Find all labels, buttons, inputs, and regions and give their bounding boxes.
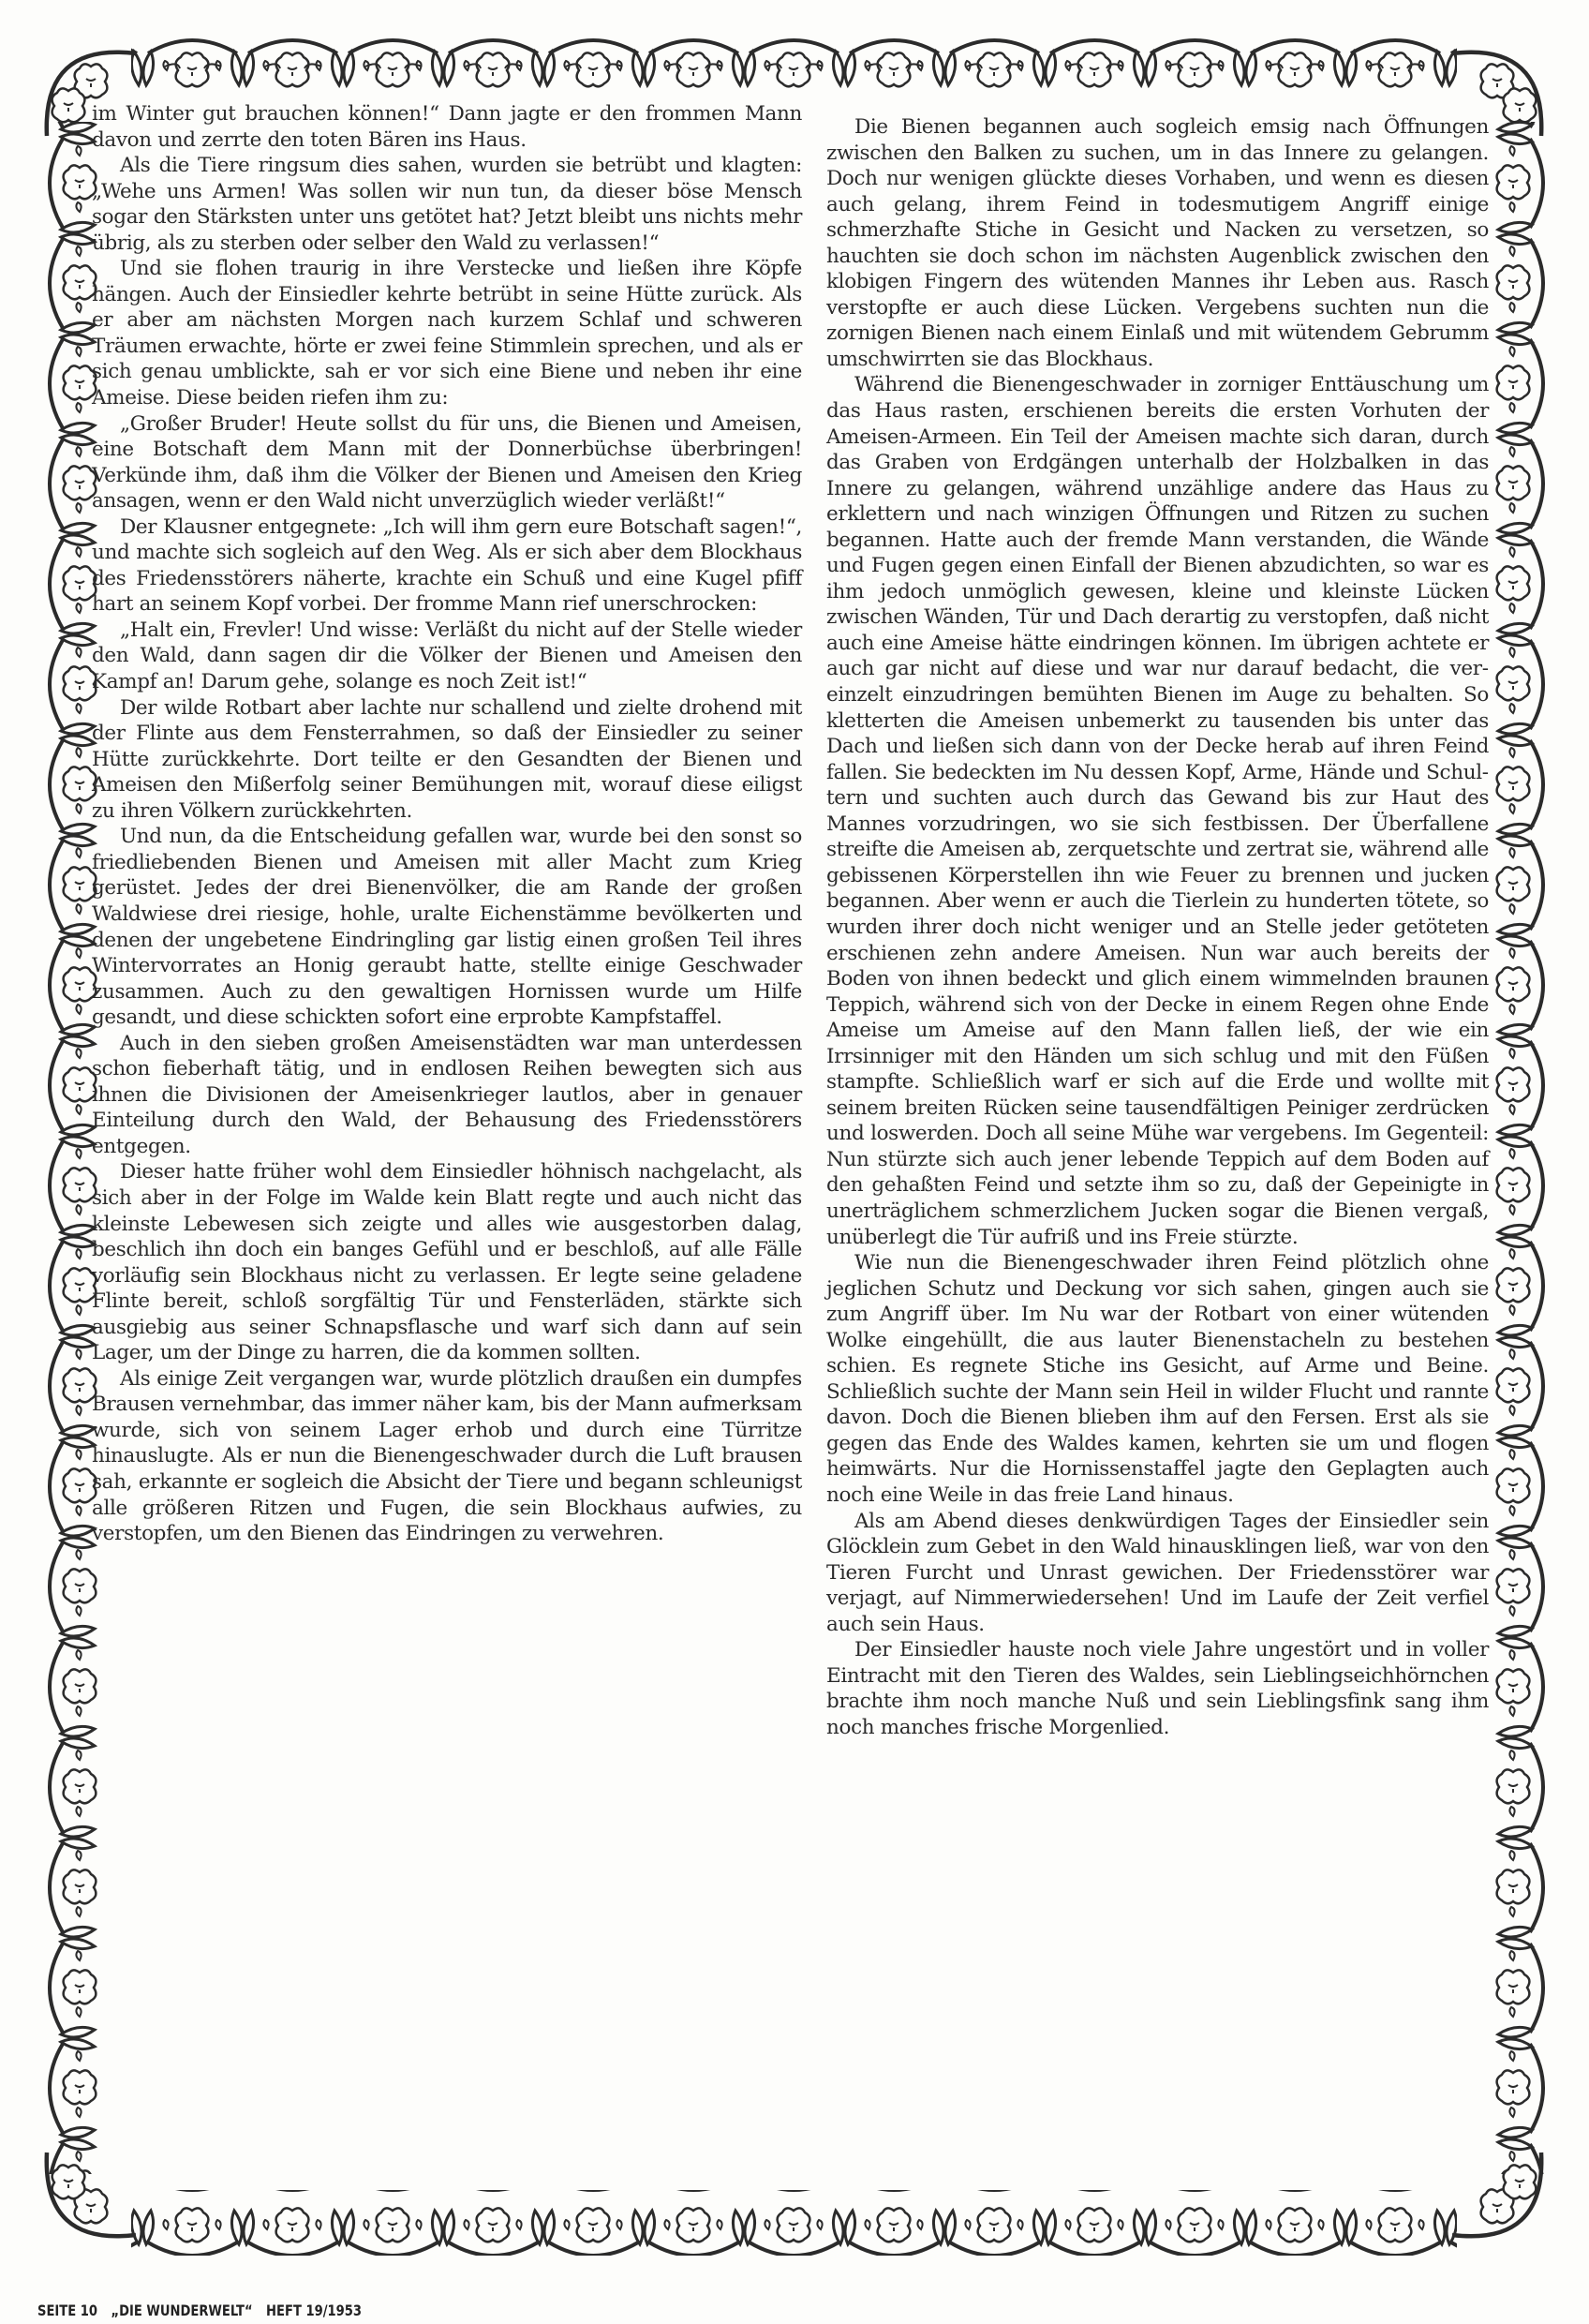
paragraph: Auch in den sieben großen Ameisenstädten… — [92, 1031, 802, 1160]
paragraph: Der Klausner entgegnete: „Ich will ihm g… — [92, 514, 802, 618]
paragraph: Der wilde Rotbart aber lachte nur schall… — [92, 695, 802, 825]
issue-label: HEFT 19/1953 — [266, 2302, 362, 2319]
paragraph: Als einige Zeit vergangen war, wurde plö… — [92, 1366, 802, 1547]
magazine-title: „DIE WUNDERWELT“ — [111, 2302, 252, 2319]
paragraph: Dieser hatte früher wohl dem Einsiedler … — [92, 1159, 802, 1365]
paragraph: Die Bienen begannen auch sogleich emsig … — [826, 114, 1489, 372]
paragraph: Und sie flohen traurig in ihre Verstecke… — [92, 256, 802, 410]
paragraph: Und nun, da die Entscheidung gefallen wa… — [92, 824, 802, 1030]
paragraph: im Winter gut brauchen können!“ Dann jag… — [92, 101, 802, 153]
paragraph: Als am Abend dieses denkwürdigen Tages d… — [826, 1509, 1489, 1638]
text-column-left: im Winter gut brauchen können!“ Dann jag… — [92, 101, 802, 1547]
paragraph: Während die Bienengeschwader in zorniger… — [826, 372, 1489, 1250]
paragraph: „Halt ein, Frevler! Und wisse: Verläßt d… — [92, 618, 802, 695]
page-footer: SEITE 10 „DIE WUNDERWELT“ HEFT 19/1953 — [37, 2302, 371, 2319]
paragraph: Der Einsiedler hauste noch viele Jahre u… — [826, 1637, 1489, 1740]
paragraph: Als die Tiere ringsum dies sahen, wurden… — [92, 153, 802, 256]
page-number: SEITE 10 — [37, 2302, 97, 2319]
paragraph: „Großer Bruder! Heute sollst du für uns,… — [92, 411, 802, 514]
text-column-right: Die Bienen begannen auch sogleich emsig … — [826, 114, 1489, 1740]
paragraph: Wie nun die Bienengeschwader ihren Feind… — [826, 1250, 1489, 1508]
